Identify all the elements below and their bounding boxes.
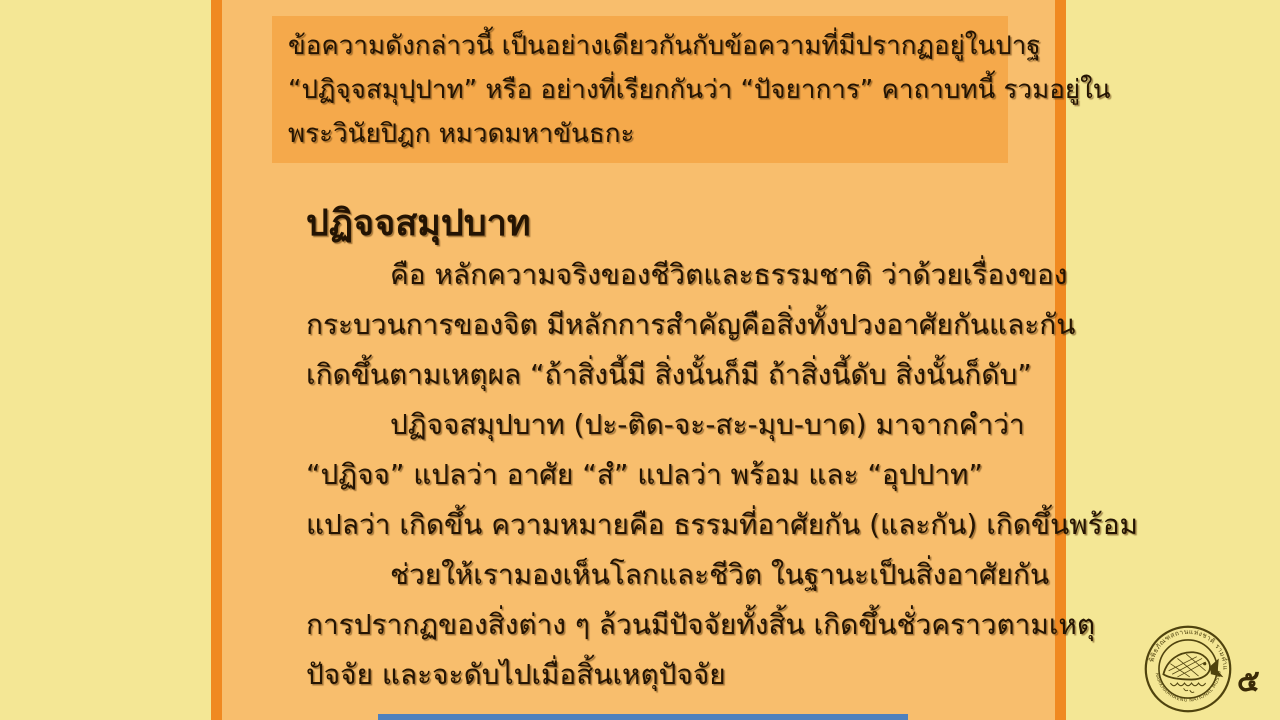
intro-text-box: ข้อความดังกล่าวนี้ เป็นอย่างเดียวกันกับข… <box>272 16 1008 163</box>
body-line: กระบวนการของจิต มีหลักการสำคัญคือสิ่งทั้… <box>306 300 1026 350</box>
body-line: ปัจจัย และจะดับไปเมื่อสิ้นเหตุปัจจัย <box>306 650 1026 700</box>
page-title: ปฏิจจสมุปบาท <box>306 194 531 251</box>
intro-line: ข้อความดังกล่าวนี้ เป็นอย่างเดียวกันกับข… <box>288 24 994 68</box>
body-text: คือ หลักความจริงของชีวิตและธรรมชาติ ว่าด… <box>306 250 1026 700</box>
body-line: การปรากฏของสิ่งต่าง ๆ ล้วนมีปัจจัยทั้งสิ… <box>306 600 1026 650</box>
bottom-bar <box>378 714 908 720</box>
intro-line: “ปฏิจฺจสมุปฺปาท” หรือ อย่างที่เรียกกันว่… <box>288 68 994 112</box>
page-number: ๕ <box>1237 658 1260 705</box>
left-accent-strip <box>211 0 222 720</box>
body-line: คือ หลักความจริงของชีวิตและธรรมชาติ ว่าด… <box>306 250 1026 300</box>
body-line: ปฏิจจสมุปบาท (ปะ-ติด-จะ-สะ-มุบ-บาด) มาจา… <box>306 400 1026 450</box>
museum-seal-icon: พิพิธภัณฑสถานแห่งชาติ รามคำแหง RAMKHAMHA… <box>1144 625 1232 713</box>
intro-line: พระวินัยปิฎก หมวดมหาขันธกะ <box>288 112 994 156</box>
body-line: ช่วยให้เรามองเห็นโลกและชีวิต ในฐานะเป็นส… <box>306 550 1026 600</box>
body-line: แปลว่า เกิดขึ้น ความหมายคือ ธรรมที่อาศัย… <box>306 500 1026 550</box>
slide: ข้อความดังกล่าวนี้ เป็นอย่างเดียวกันกับข… <box>0 0 1280 720</box>
body-line: เกิดขึ้นตามเหตุผล “ถ้าสิ่งนี้มี สิ่งนั้น… <box>306 350 1026 400</box>
body-line: “ปฏิจจ” แปลว่า อาศัย “สํ” แปลว่า พร้อม แ… <box>306 450 1026 500</box>
